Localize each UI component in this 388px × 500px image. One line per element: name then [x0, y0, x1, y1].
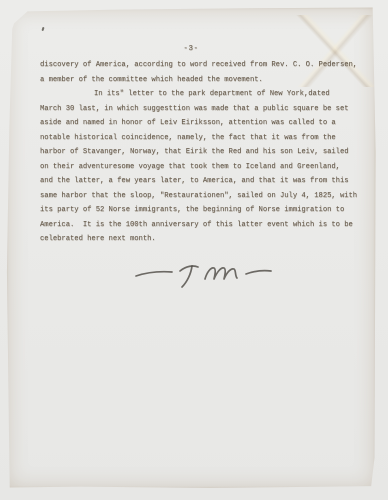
typed-line: In its" letter to the park department of…	[40, 87, 366, 102]
typed-line: on their adventuresome voyage that took …	[40, 160, 366, 175]
ink-speck	[41, 27, 44, 31]
typed-line: and the latter, a few years later, to Am…	[40, 174, 366, 189]
document-page: -3- discovery of America, according to w…	[6, 7, 376, 489]
typed-line: celebrated here next month.	[40, 232, 366, 247]
page-number: -3-	[6, 45, 376, 53]
typed-line: harbor of Stavanger, Norway, that Eirik …	[40, 145, 366, 160]
typed-line: aside and named in honor of Leiv Eirikss…	[40, 116, 366, 131]
typed-line: notable historical coincidence, namely, …	[40, 131, 366, 146]
typed-line: its party of 52 Norse immigrants, the be…	[40, 203, 366, 218]
handwritten-end-mark	[130, 252, 278, 292]
typed-line: March 30 last, in which suggesttion was …	[40, 102, 366, 117]
scan-background: -3- discovery of America, according to w…	[0, 0, 388, 500]
typed-line: America. It is the 100th anniversary of …	[40, 218, 366, 233]
typed-line: discovery of America, according to word …	[40, 58, 366, 73]
typed-line: a member of the committee which headed t…	[40, 73, 366, 88]
typed-text-block: discovery of America, according to word …	[40, 58, 366, 247]
typed-line: same harbor that the sloop, "Restauratio…	[40, 189, 366, 204]
